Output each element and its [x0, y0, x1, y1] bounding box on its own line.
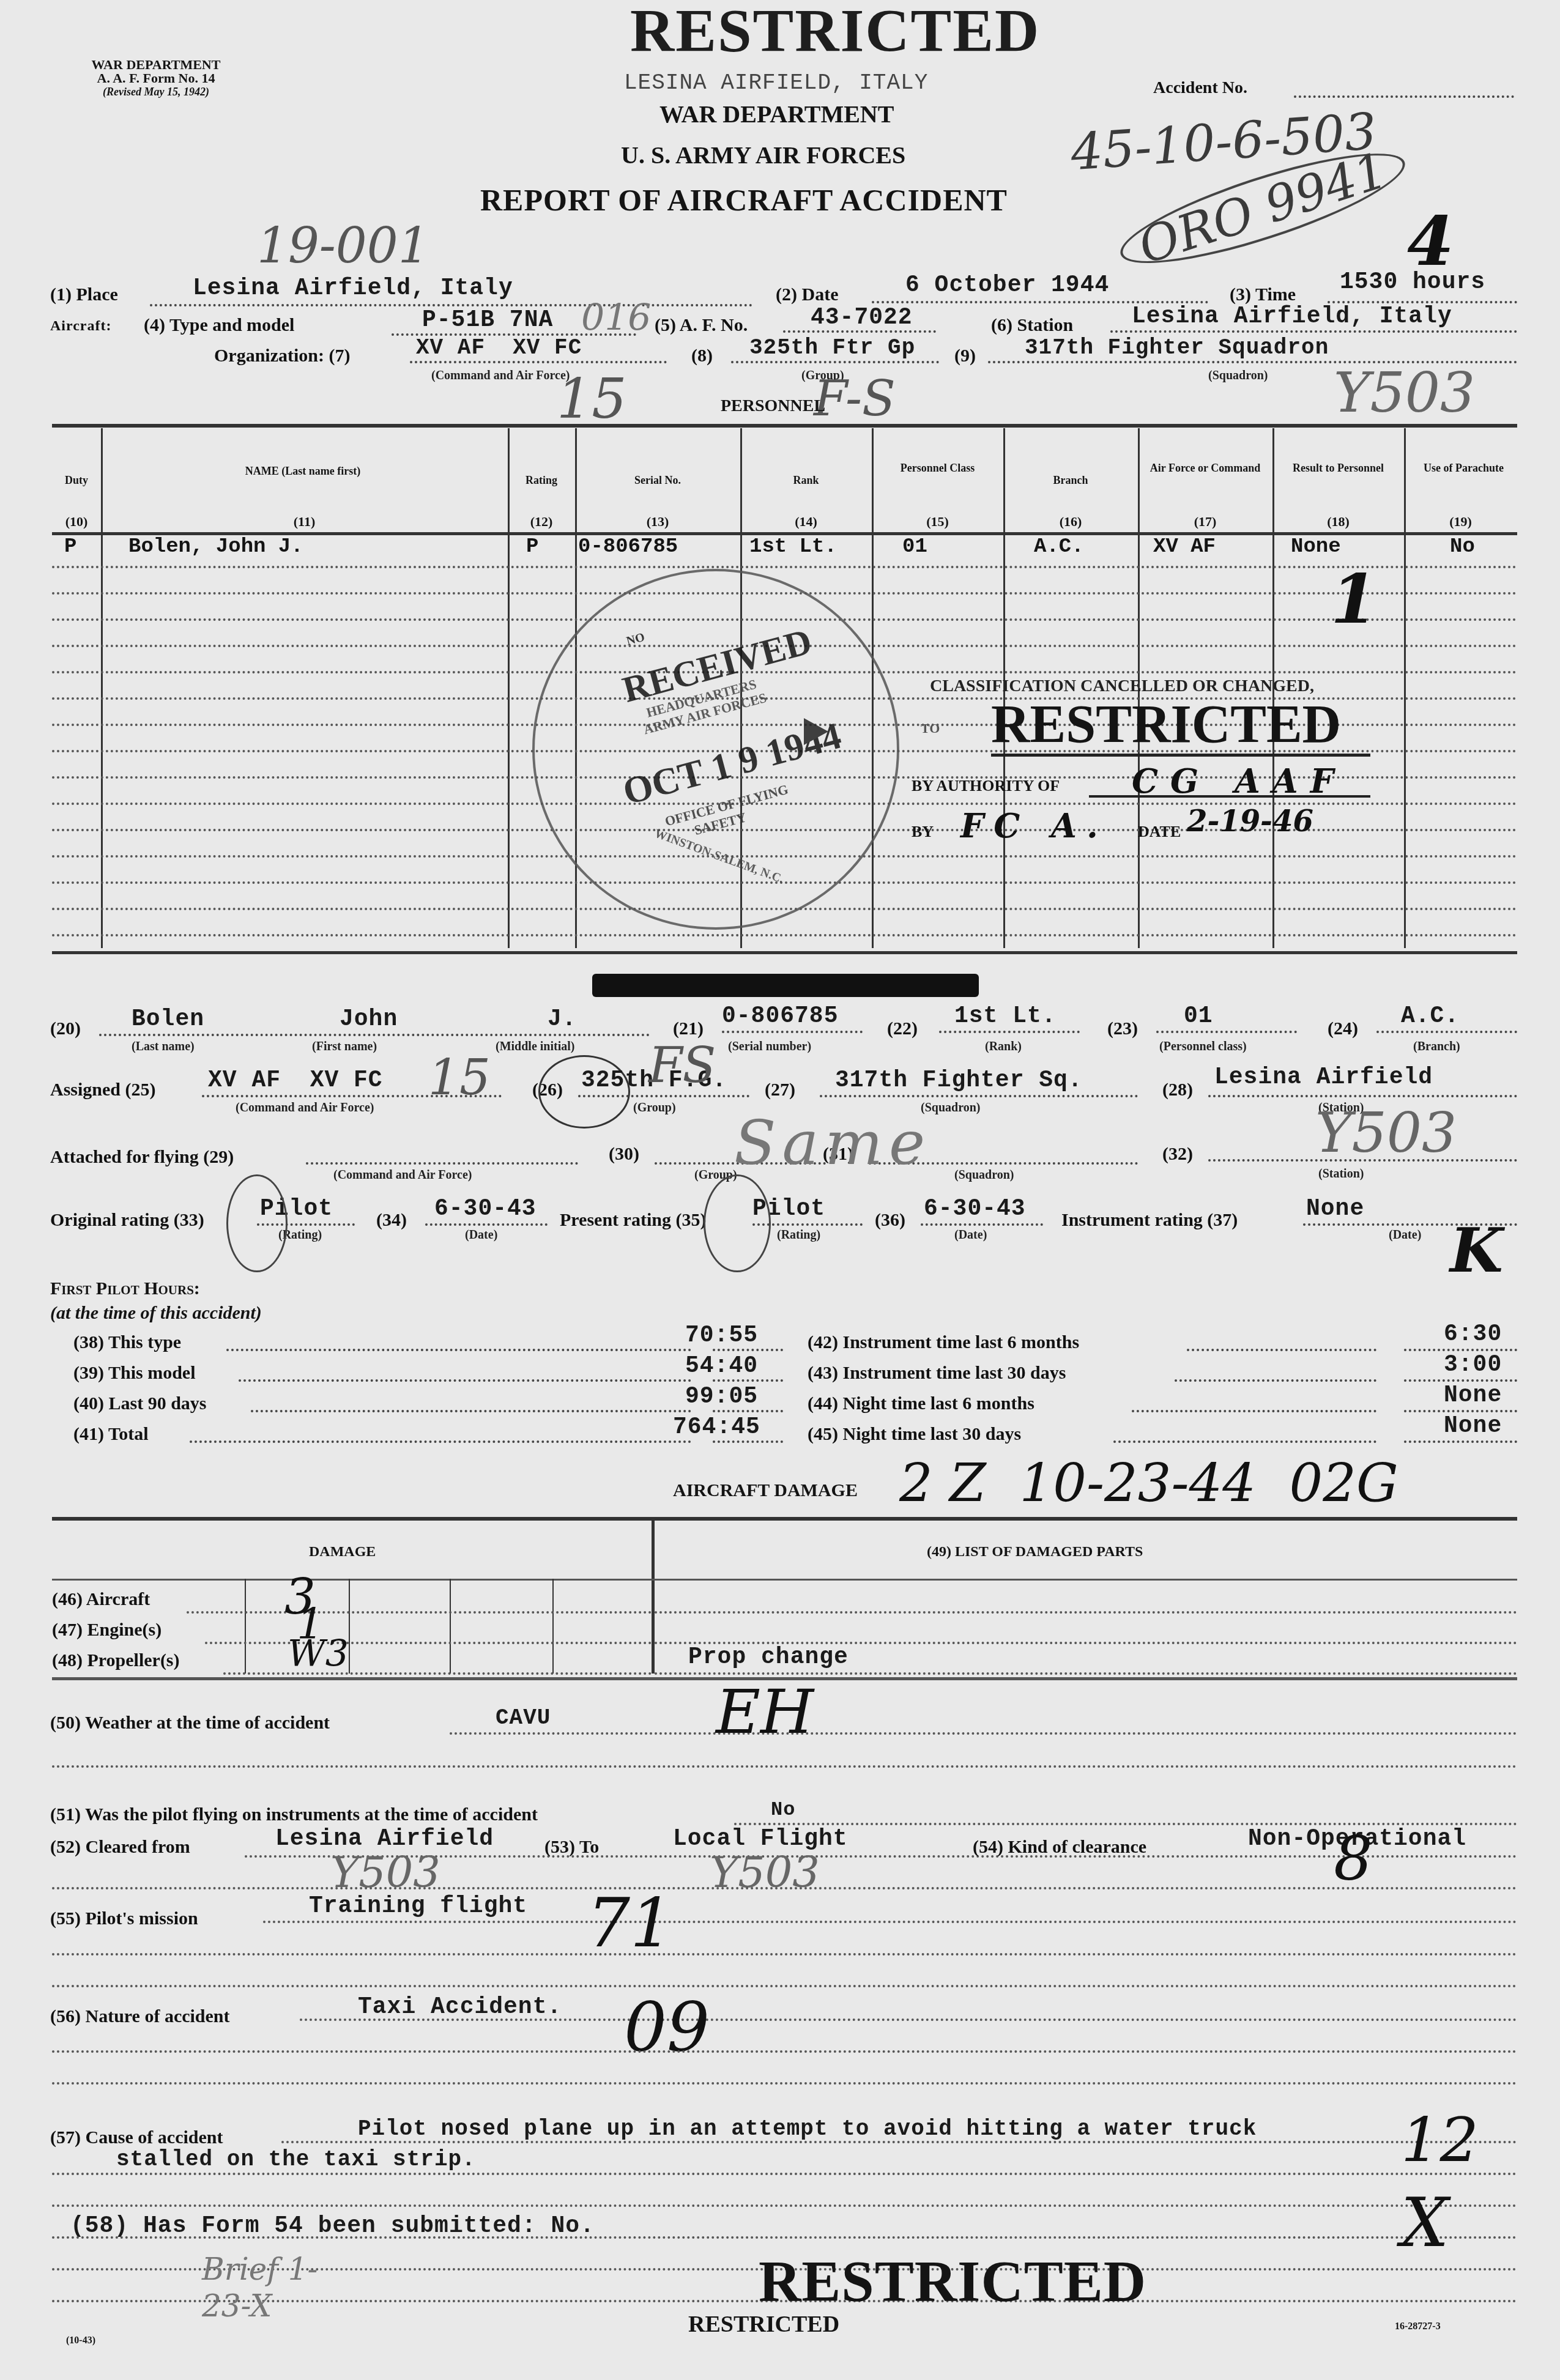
form-revision: (Revised May 15, 1942) [46, 85, 266, 98]
sublabel: (Date) [954, 1228, 987, 1242]
command-value: XV AF XV FC [416, 335, 582, 360]
reclass-date-value: 2-19-46 [1187, 804, 1313, 839]
present-rating-label: Present rating (35) [560, 1210, 706, 1231]
instruments-label: (51) Was the pilot flying on instruments… [50, 1804, 538, 1825]
form-identifier: WAR DEPARTMENT A. A. F. Form No. 14 (Rev… [46, 58, 266, 98]
sublabel: (Last name) [132, 1040, 195, 1054]
col-head-branch: Branch [1003, 474, 1138, 486]
col-head-class: Personnel Class [884, 462, 991, 474]
cause-handwritten: 12 [1401, 2104, 1479, 2176]
present-date-value: 6-30-43 [924, 1196, 1026, 1222]
col-num: (17) [1138, 514, 1272, 530]
stamp-no: NO [625, 631, 647, 649]
last-name-value: Bolen [132, 1006, 204, 1032]
type-model-label: (4) Type and model [144, 315, 294, 336]
date-label: (2) Date [776, 284, 838, 305]
attached-label: Attached for flying (29) [50, 1147, 234, 1168]
clearance-handwritten: 8 [1334, 1823, 1373, 1894]
redacted-section-title [592, 974, 979, 997]
attached-station-handwritten: Y503 [1315, 1101, 1457, 1165]
damage-row-mark: W3 [288, 1633, 349, 1675]
footer-classification-small: RESTRICTED [688, 2311, 839, 2338]
col-head-duty: Duty [52, 474, 101, 486]
time-label: (3) Time [1230, 284, 1296, 305]
serial-value: 0-806785 [722, 1003, 838, 1029]
col-head-result: Result to Personnel [1282, 462, 1395, 474]
cleared-from-handwritten: Y503 [330, 1847, 440, 1897]
handwritten-fs: F-S [814, 370, 896, 427]
col-num: (12) [508, 514, 575, 530]
reclass-by-value: FC A. [960, 806, 1108, 845]
hours-label: (43) Instrument time last 30 days [808, 1363, 1066, 1384]
instrument-rating-label: Instrument rating (37) [1061, 1210, 1238, 1231]
hours-value: 54:40 [685, 1353, 758, 1379]
nature-handwritten: 09 [624, 1988, 710, 2066]
serial-label: (21) [673, 1018, 704, 1039]
accident-no-label: Accident No. [1153, 78, 1247, 97]
to-handwritten: Y503 [710, 1847, 820, 1897]
station-value: Lesina Airfield, Italy [1132, 303, 1452, 330]
damage-row-label: (47) Engine(s) [52, 1620, 162, 1640]
af-no-value: 43-7022 [811, 305, 913, 331]
circle-annotation [226, 1174, 288, 1272]
classification-top: RESTRICTED [630, 0, 1040, 61]
original-date-value: 6-30-43 [434, 1196, 537, 1222]
squadron-label: (9) [954, 346, 976, 366]
damage-header: DAMAGE [309, 1544, 376, 1560]
first-name-value: John [340, 1006, 398, 1032]
col-num: (10) [52, 514, 101, 530]
present-date-label: (36) [875, 1210, 905, 1231]
agency-heading: U. S. ARMY AIR FORCES [621, 141, 905, 169]
form54-handwritten: X [1401, 2184, 1449, 2262]
col-num: (11) [101, 514, 508, 530]
damage-row-label: (48) Propeller(s) [52, 1650, 180, 1671]
assigned-squadron-value: 317th Fighter Sq. [835, 1067, 1083, 1094]
cell-result: None [1291, 535, 1341, 558]
cell-serial: 0-806785 [578, 535, 678, 558]
damage-section-title: AIRCRAFT DAMAGE [673, 1480, 858, 1501]
col-head-rating: Rating [508, 474, 575, 486]
col-head-serial: Serial No. [575, 474, 740, 486]
list-item: (42) Instrument time last 6 months 6:30 [808, 1327, 1517, 1358]
sublabel: (Date) [465, 1228, 497, 1242]
page-title: REPORT OF AIRCRAFT ACCIDENT [480, 182, 1008, 218]
assigned-command-value: XV AF XV FC [208, 1067, 383, 1094]
sublabel: (First name) [312, 1040, 377, 1054]
time-value: 1530 hours [1340, 269, 1485, 295]
class-value: 01 [1184, 1003, 1213, 1029]
attached-group-label: (30) [609, 1144, 639, 1165]
sublabel: (Middle initial) [496, 1040, 574, 1054]
cell-branch: A.C. [1034, 535, 1084, 558]
department-heading: WAR DEPARTMENT [659, 100, 894, 128]
organization-label: Organization: (7) [214, 346, 350, 366]
original-date-label: (34) [376, 1210, 407, 1231]
cell-duty: P [64, 535, 76, 558]
type-model-handwritten: 016 [581, 297, 652, 339]
form54-line: (58) Has Form 54 been submitted: No. [70, 2213, 595, 2239]
damage-row: (48) Propeller(s) W3 [52, 1648, 652, 1677]
assigned-label: Assigned (25) [50, 1080, 156, 1100]
reclass-to-label: TO [921, 721, 940, 736]
instruments-value: No [771, 1798, 795, 1821]
col-num: (16) [1003, 514, 1138, 530]
personnel-section-title: PERSONNEL [721, 396, 825, 416]
reclass-to-value: RESTRICTED [991, 697, 1341, 752]
sublabel: (Date) [1389, 1228, 1421, 1242]
sublabel: (Personnel class) [1159, 1040, 1247, 1054]
damage-table: DAMAGE (49) LIST OF DAMAGED PARTS (46) A… [52, 1521, 1517, 1680]
branch-label: (24) [1328, 1018, 1358, 1039]
cause-label: (57) Cause of accident [50, 2127, 223, 2148]
sublabel: (Station) [1318, 1167, 1364, 1181]
hours-label: (40) Last 90 days [73, 1393, 207, 1414]
hours-label: (41) Total [73, 1424, 149, 1445]
cell-class: 01 [902, 535, 927, 558]
sublabel: (Branch) [1413, 1040, 1460, 1054]
hours-label: (39) This model [73, 1363, 195, 1384]
col-num: (15) [872, 514, 1003, 530]
reclass-authority-label: BY AUTHORITY OF [912, 777, 1060, 795]
list-item: (45) Night time last 30 days None [808, 1419, 1517, 1450]
clearance-label: (54) Kind of clearance [973, 1837, 1146, 1858]
damage-handwritten: 2 Z 10-23-44 02G [899, 1453, 1398, 1514]
cell-rank: 1st Lt. [749, 535, 837, 558]
damage-row-label: (46) Aircraft [52, 1589, 150, 1610]
sublabel: (Rating) [777, 1228, 820, 1242]
original-rating-label: Original rating (33) [50, 1210, 204, 1231]
hours-value: 70:55 [685, 1322, 758, 1349]
hours-label: (42) Instrument time last 6 months [808, 1332, 1079, 1353]
handwritten-y503: Y503 [1334, 361, 1475, 425]
col-num: (14) [740, 514, 872, 530]
handwritten-file-number: 19-001 [257, 217, 429, 274]
accident-no-field: Accident No. [1153, 78, 1520, 98]
table-row: P Bolen, John J. P 0-806785 1st Lt. 01 A… [52, 535, 1517, 566]
handwritten-result-mark: 1 [1331, 560, 1378, 639]
nature-value: Taxi Accident. [358, 1994, 562, 2020]
col-head-rank: Rank [740, 474, 872, 486]
cleared-from-label: (52) Cleared from [50, 1837, 190, 1858]
type-model-value: P-51B 7NA [422, 307, 553, 333]
hours-subtitle: (at the time of this accident) [50, 1303, 262, 1324]
place-label: (1) Place [50, 284, 118, 305]
hours-value: None [1444, 1382, 1502, 1409]
assigned-handwritten: 15 [428, 1049, 491, 1106]
hours-value: 3:00 [1444, 1352, 1502, 1378]
squadron-sublabel: (Squadron) [1208, 369, 1268, 383]
hours-value: None [1444, 1413, 1502, 1439]
damaged-part-item: Prop change [688, 1644, 849, 1670]
branch-value: A.C. [1401, 1003, 1459, 1029]
reclass-by-label: BY [912, 823, 934, 841]
handwritten-15: 15 [557, 367, 627, 431]
instrument-rating-value: None [1306, 1196, 1364, 1222]
hours-title: First Pilot Hours: [50, 1278, 200, 1299]
form-dept: WAR DEPARTMENT [46, 58, 266, 72]
attached-station-label: (32) [1162, 1144, 1193, 1165]
mission-value: Training flight [309, 1893, 527, 1919]
stamp-city: WINSTON-SALEM, N.C. [653, 827, 786, 887]
mission-label: (55) Pilot's mission [50, 1908, 198, 1929]
damage-row: (47) Engine(s) 1 [52, 1617, 652, 1647]
location-line: LESINA AIRFIELD, ITALY [624, 70, 928, 95]
last-name-label: (20) [50, 1018, 81, 1039]
col-head-parachute: Use of Parachute [1410, 462, 1517, 474]
list-item: (39) This model 54:40 [73, 1358, 783, 1388]
weather-label: (50) Weather at the time of accident [50, 1713, 330, 1733]
hours-value: 99:05 [685, 1384, 758, 1410]
sublabel: (Command and Air Force) [333, 1168, 472, 1182]
hours-value: 764:45 [673, 1414, 760, 1440]
col-num: (19) [1404, 514, 1517, 530]
nature-label: (56) Nature of accident [50, 2006, 230, 2027]
mission-handwritten: 71 [587, 1884, 673, 1962]
list-item: (38) This type 70:55 [73, 1327, 783, 1358]
group-value: 325th Ftr Gp [749, 335, 915, 360]
reclass-date-label: DATE [1138, 823, 1181, 841]
aircraft-label: Aircraft: [50, 318, 112, 335]
parts-header: (49) LIST OF DAMAGED PARTS [927, 1544, 1143, 1560]
reclass-line: CLASSIFICATION CANCELLED OR CHANGED, [930, 677, 1314, 696]
circle-annotation [704, 1174, 771, 1272]
col-num: (18) [1272, 514, 1404, 530]
assigned-station-value: Lesina Airfield [1214, 1064, 1433, 1091]
footer-right-code: 16-28727-3 [1395, 2321, 1441, 2332]
sublabel: (Serial number) [728, 1040, 811, 1054]
assigned-squadron-label: (27) [765, 1080, 795, 1100]
group-handwritten: FS [648, 1037, 716, 1094]
hours-label: (44) Night time last 6 months [808, 1393, 1034, 1414]
middle-initial-value: J. [548, 1006, 577, 1032]
place-value: Lesina Airfield, Italy [193, 275, 513, 302]
rank-label: (22) [887, 1018, 918, 1039]
sublabel: (Command and Air Force) [236, 1101, 374, 1115]
footer-classification-large: RESTRICTED [759, 2251, 1146, 2312]
form-number: A. A. F. Form No. 14 [46, 72, 266, 85]
bottom-handwritten: Brief 1-23-X [202, 2251, 336, 2324]
stamp-arrow-icon [804, 718, 828, 745]
reclassification-stamp: CLASSIFICATION CANCELLED OR CHANGED, TO … [912, 673, 1523, 856]
sublabel: (Rank) [985, 1040, 1022, 1054]
section-divider [52, 424, 1517, 428]
list-item: (41) Total 764:45 [73, 1419, 783, 1450]
sublabel: (Group) [633, 1101, 676, 1115]
handwritten-k: K [1450, 1214, 1503, 1286]
list-item: (43) Instrument time last 30 days 3:00 [808, 1358, 1517, 1388]
cell-rating: P [526, 535, 538, 558]
command-sublabel: (Command and Air Force) [431, 369, 570, 383]
station-label: (6) Station [991, 315, 1073, 336]
hours-label: (38) This type [73, 1332, 181, 1353]
received-stamp: NO RECEIVED HEADQUARTERS ARMY AIR FORCES… [532, 569, 899, 930]
damage-row: (46) Aircraft 3 [52, 1587, 652, 1616]
hours-value: 6:30 [1444, 1321, 1502, 1348]
hours-label: (45) Night time last 30 days [808, 1424, 1021, 1445]
rank-value: 1st Lt. [954, 1003, 1057, 1029]
list-item: (44) Night time last 6 months None [808, 1388, 1517, 1419]
footer-left-code: (10-43) [66, 2335, 95, 2346]
cell-air-force: XV AF [1153, 535, 1216, 558]
cell-name: Bolen, John J. [128, 535, 303, 558]
to-label: (53) To [544, 1837, 599, 1858]
cause-value-line2: stalled on the taxi strip. [116, 2147, 476, 2172]
af-no-label: (5) A. F. No. [655, 315, 748, 336]
cell-parachute: No [1450, 535, 1475, 558]
attached-squadron-handwritten: Same [734, 1107, 931, 1179]
date-value: 6 October 1944 [905, 272, 1109, 298]
assigned-station-label: (28) [1162, 1080, 1193, 1100]
weather-handwritten: EH [716, 1676, 814, 1748]
col-head-name: NAME (Last name first) [174, 465, 431, 477]
weather-value: CAVU [496, 1705, 551, 1730]
col-num: (13) [575, 514, 740, 530]
col-head-air-force: Air Force or Command [1147, 462, 1263, 474]
sublabel: (Squadron) [954, 1168, 1014, 1182]
class-label: (23) [1107, 1018, 1138, 1039]
group-label: (8) [691, 346, 713, 366]
cause-value-line1: Pilot nosed plane up in an attempt to av… [358, 2116, 1257, 2141]
squadron-value: 317th Fighter Squadron [1025, 335, 1329, 360]
